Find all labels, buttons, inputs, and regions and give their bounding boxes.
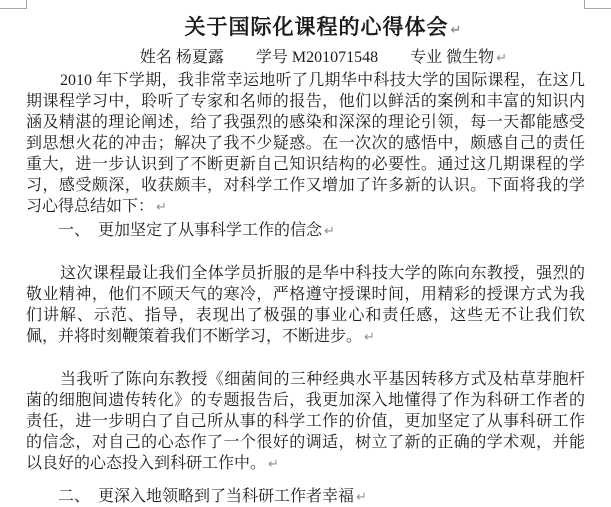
- paragraph-mark-icon: ↵: [268, 457, 279, 472]
- paragraph-text: 这次课程最让我们全体学员折服的是华中科技大学的陈向东教授，强烈的敬业精神，他们不…: [26, 265, 585, 345]
- paragraph-mark-icon: ↵: [156, 200, 167, 215]
- paragraph-mark-icon: ↵: [364, 330, 375, 345]
- document-title: 关于国际化课程的心得体会↵: [26, 12, 585, 46]
- blank-line: [26, 348, 585, 369]
- text-boundary-mark-top-left: [0, 0, 27, 9]
- paragraph-mark-icon: ↵: [356, 490, 367, 505]
- paragraph-mark-icon: ↵: [496, 51, 507, 66]
- word-document-page: { "document": { "title": "关于国际化课程的心得体会",…: [0, 0, 611, 507]
- paragraph-mark-icon: ↵: [451, 23, 463, 38]
- paragraph-section1-a: 这次课程最让我们全体学员折服的是华中科技大学的陈向东教授，强烈的敬业精神，他们不…: [26, 263, 585, 348]
- paragraph-text: 2010 年下学期，我非常幸运地听了几期华中科技大学的国际课程，在这几期课程学习…: [26, 72, 585, 215]
- byline: 姓名 杨夏露 学号 M201071548 专业 微生物↵: [26, 46, 585, 70]
- document-title-text: 关于国际化课程的心得体会: [185, 15, 449, 39]
- paragraph-text: 当我听了陈向东教授《细菌间的三种经典水平基因转移方式及枯草芽胞杆菌的细胞间遗传转…: [26, 371, 585, 472]
- blank-line: [26, 475, 585, 484]
- blank-line: [26, 242, 585, 263]
- paragraph-mark-icon: ↵: [324, 224, 335, 239]
- paragraph-section1-b: 当我听了陈向东教授《细菌间的三种经典水平基因转移方式及枯草芽胞杆菌的细胞间遗传转…: [26, 369, 585, 475]
- heading-text: 二、 更深入地领略到了当科研工作者幸福: [58, 488, 354, 505]
- paragraph-intro: 2010 年下学期，我非常幸运地听了几期华中科技大学的国际课程，在这几期课程学习…: [26, 70, 585, 218]
- heading-text: 一、 更加坚定了从事科学工作的信念: [58, 222, 322, 239]
- byline-text: 姓名 杨夏露 学号 M201071548 专业 微生物: [140, 49, 494, 66]
- document-text-area: 关于国际化课程的心得体会↵ 姓名 杨夏露 学号 M201071548 专业 微生…: [26, 8, 585, 507]
- section-heading-1: 一、 更加坚定了从事科学工作的信念↵: [26, 220, 585, 242]
- section-heading-2: 二、 更深入地领略到了当科研工作者幸福↵: [26, 486, 585, 507]
- text-boundary-mark-top-right: [584, 0, 611, 9]
